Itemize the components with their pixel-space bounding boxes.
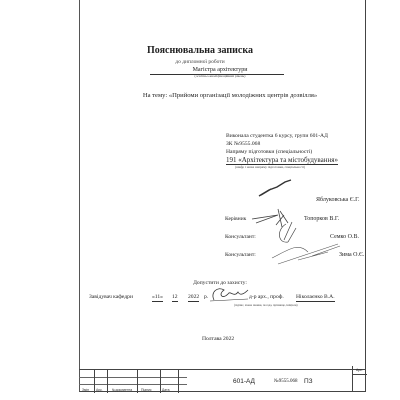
approval-position: д-р арх., проф. (249, 295, 284, 301)
approval-prefix: Завідувач кафедри (89, 295, 133, 301)
group-code: 601-АД (233, 378, 255, 385)
label-document-number: №документа (112, 388, 132, 392)
document-page: Пояснювальна записка до дипломної роботи… (0, 0, 400, 400)
student-line-2: ЗК №9555.068 (226, 142, 260, 148)
document-subtitle: до дипломної роботи (0, 60, 400, 66)
signature-name-4: Зима О.Є. (339, 252, 364, 258)
approval-month: 12 (172, 295, 178, 302)
student-line-1: Виконала студентка 6 курсу, групи 601-АД (226, 134, 328, 140)
signature-head-icon (208, 284, 250, 304)
student-line-4: 191 «Архітектура та містобудування» (226, 157, 338, 165)
approval-name: Ніколаєнко В.А. (296, 295, 335, 302)
student-line-3: Напряму підготовки (спеціальності) (226, 150, 312, 156)
title-block-divider (178, 370, 179, 393)
sheet-label: Арк. (356, 368, 363, 372)
label-date: Дата (162, 388, 170, 392)
signature-role-3: Консультант: (225, 235, 256, 241)
signature-role-2: Керівник (225, 217, 246, 223)
document-topic: На тему: «Прийоми організації молодіжних… (100, 93, 360, 100)
label-changes: Змін (82, 388, 89, 392)
signature-role-4: Консультант: (225, 253, 256, 259)
degree: Магістра архітектури (170, 67, 270, 73)
document-title: Пояснювальна записка (0, 46, 400, 56)
title-block: Змін Арк. №документа Підпис Дата 601-АД … (79, 369, 366, 392)
label-signature: Підпис (141, 388, 152, 392)
degree-note: (освітньо-кваліфікаційний рівень) (170, 75, 270, 79)
student-line-4-note: (шифр і назва напряму підготовки, спеціа… (235, 166, 305, 169)
approval-note: (підпис, вчене звання, посада, прізвище,… (234, 304, 298, 307)
approval-year: 2022 (188, 295, 199, 302)
doc-suffix: ПЗ (304, 378, 313, 385)
sheet-box: Арк. (352, 366, 366, 392)
signature-name-1: Яблуковська Є.Г. (316, 197, 359, 203)
doc-number: №9555.068 (274, 379, 298, 384)
signature-consultant2-icon (268, 238, 348, 268)
approval-day: «11» (152, 295, 163, 302)
label-sheet: Арк. (96, 388, 103, 392)
city-year: Полтава 2022 (202, 337, 234, 343)
signature-student-icon (255, 178, 295, 200)
